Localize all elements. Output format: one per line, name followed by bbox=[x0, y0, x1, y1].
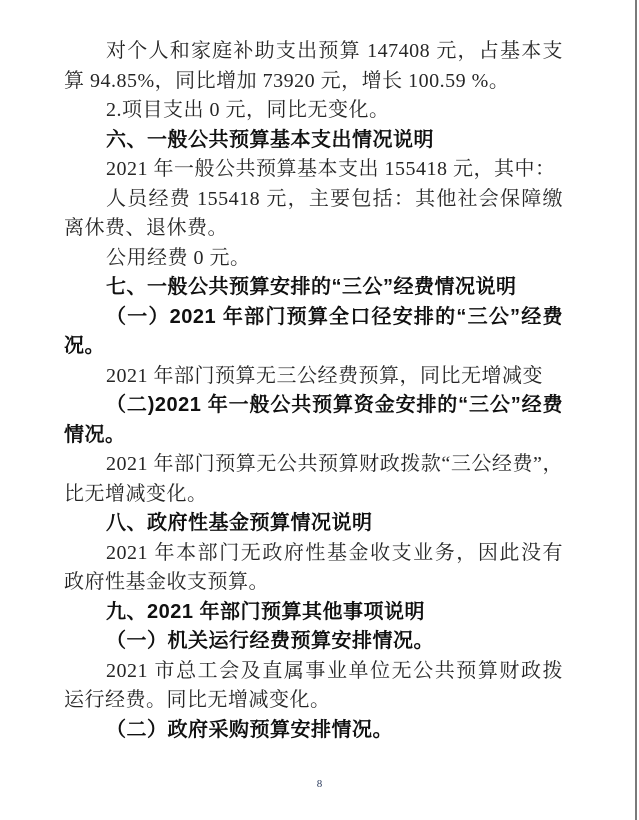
document-line: 比无增减变化。 bbox=[64, 480, 563, 510]
document-line: 对个人和家庭补助支出预算 147408 元，占基本支出预 bbox=[64, 37, 563, 67]
document-line: 2021 年部门预算无三公经费预算，同比无增减变化。 bbox=[64, 362, 563, 392]
document-line: （一）机关运行经费预算安排情况。 bbox=[64, 627, 563, 657]
document-line: 2021 年部门预算无公共预算财政拨款“三公经费”，同 bbox=[64, 450, 563, 480]
document-line: 2021 年本部门无政府性基金收支业务，因此没有相应的 bbox=[64, 539, 563, 569]
document-line: 2.项目支出 0 元，同比无变化。 bbox=[64, 96, 563, 126]
document-line: 离休费、退休费。 bbox=[64, 214, 563, 244]
document-line: 2021 年一般公共预算基本支出 155418 元，其中： bbox=[64, 155, 563, 185]
document-line: 六、一般公共预算基本支出情况说明 bbox=[64, 126, 563, 156]
document-line: 情况。 bbox=[64, 421, 563, 451]
document-line: 八、政府性基金预算情况说明 bbox=[64, 509, 563, 539]
document-line: 九、2021 年部门预算其他事项说明 bbox=[64, 598, 563, 628]
document-line: 人员经费 155418 元，主要包括：其他社会保障缴费、 bbox=[64, 185, 563, 215]
document-line: 运行经费。同比无增减变化。 bbox=[64, 686, 563, 716]
page-edge-line bbox=[635, 0, 637, 820]
document-line: 况。 bbox=[64, 332, 563, 362]
document-line: 2021 市总工会及直属事业单位无公共预算财政拨款机关 bbox=[64, 657, 563, 687]
document-page: 对个人和家庭补助支出预算 147408 元，占基本支出预算 94.85%，同比增… bbox=[0, 0, 639, 820]
document-line: 七、一般公共预算安排的“三公”经费情况说明 bbox=[64, 273, 563, 303]
document-line: （二)2021 年一般公共预算资金安排的“三公”经费预算 bbox=[64, 391, 563, 421]
document-line: 政府性基金收支预算。 bbox=[64, 568, 563, 598]
page-number: 8 bbox=[0, 776, 639, 792]
document-line: （一）2021 年部门预算全口径安排的“三公”经费预算情 bbox=[64, 303, 563, 333]
document-body: 对个人和家庭补助支出预算 147408 元，占基本支出预算 94.85%，同比增… bbox=[64, 37, 563, 745]
document-line: （二）政府采购预算安排情况。 bbox=[64, 716, 563, 746]
document-line: 算 94.85%，同比增加 73920 元，增长 100.59 %。 bbox=[64, 67, 563, 97]
document-line: 公用经费 0 元。 bbox=[64, 244, 563, 274]
